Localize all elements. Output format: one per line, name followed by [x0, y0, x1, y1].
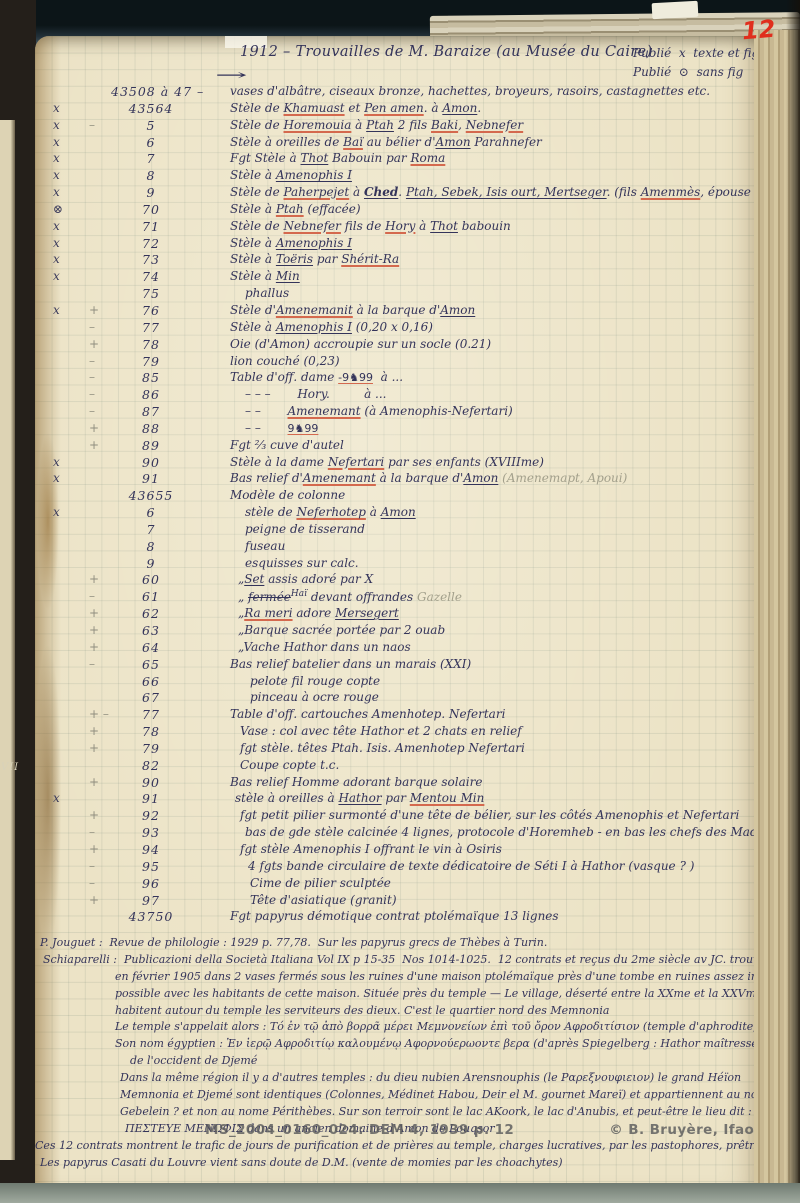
- entry-description: Tête d'asiatique (granit): [230, 893, 397, 907]
- text-segment: Baï: [343, 135, 363, 149]
- text-segment: Bas relief Homme adorant barque solaire: [230, 775, 482, 789]
- ledger-row: –954 fgts bande circulaire de texte dédi…: [35, 859, 759, 876]
- entry-description: fgt stèle Amenophis I offrant le vin à O…: [230, 842, 502, 856]
- text-segment: fgt petit pilier surmonté d'une tête de …: [240, 808, 739, 822]
- ink-check-mark: ⊗: [53, 202, 75, 216]
- inventory-number: 90: [111, 775, 191, 790]
- entry-description: – – – Hory. à ...: [230, 387, 387, 401]
- notebook-page: 1912 – Trouvailles de M. Baraize (au Mus…: [35, 36, 759, 1186]
- legend-line-1: Publié x texte et fig: [633, 44, 759, 63]
- ledger-row: +60„Set assis adoré par X: [35, 572, 759, 589]
- inventory-number: 74: [111, 269, 191, 284]
- text-segment: Le temple s'appelait alors : Τό ἐν τῷ ἀπ…: [115, 1020, 758, 1033]
- inventory-number: 94: [111, 842, 191, 857]
- ink-check-mark: x: [53, 471, 75, 485]
- inventory-number: 62: [111, 606, 191, 621]
- text-segment: Ptah: [276, 202, 304, 216]
- text-segment: Roma: [411, 151, 446, 165]
- text-segment: Fgt papyrus démotique contrat ptolémaïqu…: [230, 909, 559, 923]
- text-segment: (Amenemapt, Apoui): [502, 471, 627, 485]
- text-segment: Horemouia: [284, 118, 352, 132]
- ink-check-mark: x: [53, 118, 75, 132]
- text-segment: Amenophis I: [276, 236, 352, 250]
- inventory-number: 90: [111, 455, 191, 470]
- inventory-number: 5: [111, 118, 191, 133]
- entry-description: Stèle à Amenophis I: [230, 236, 352, 250]
- text-segment: Les papyrus Casati du Louvre vient sans …: [40, 1156, 563, 1169]
- text-segment: Ptah: [366, 118, 394, 132]
- text-segment: Babouin par: [328, 151, 410, 165]
- inventory-number: 82: [111, 758, 191, 773]
- text-segment: Modèle de colonne: [230, 488, 345, 502]
- text-segment: Hathor: [338, 791, 381, 805]
- ledger-row: x–5Stèle de Horemouia à Ptah 2 fils Baki…: [35, 118, 759, 135]
- ink-check-mark: x: [53, 252, 75, 266]
- text-segment: , épouse: [700, 185, 754, 199]
- entry-description: Table d'off. cartouches Amenhotep. Nefer…: [230, 707, 505, 721]
- text-segment: fuseau: [245, 539, 285, 553]
- ledger-row: 82Coupe copte t.c.: [35, 758, 759, 775]
- entry-description: fuseau: [230, 539, 285, 553]
- text-segment: possible avec les habitants de cette mai…: [115, 987, 800, 1000]
- ledger-row: +92fgt petit pilier surmonté d'une tête …: [35, 808, 759, 825]
- inventory-number: 86: [111, 387, 191, 402]
- text-segment: Stèle à: [230, 269, 276, 283]
- text-segment: babouin: [458, 219, 511, 233]
- ledger-row: x6Stèle à oreilles de Baï au bélier d'Am…: [35, 135, 759, 152]
- entry-description: Stèle de Nebnefer fils de Hory à Thot ba…: [230, 219, 511, 233]
- entry-description: esquisses sur calc.: [230, 556, 359, 570]
- ledger-row: +78Vase : col avec tête Hathor et 2 chat…: [35, 724, 759, 741]
- text-segment: vases d'albâtre, ciseaux bronze, hachett…: [230, 84, 710, 98]
- text-segment: Nebnefer: [284, 219, 341, 233]
- entry-description: Fgt Stèle à Thot Babouin par Roma: [230, 151, 445, 165]
- text-segment: Coupe copte t.c.: [240, 758, 339, 772]
- text-segment: Khamuast: [284, 101, 345, 115]
- ledger-row: +88– – 9♞99: [35, 421, 759, 438]
- inventory-number: 85: [111, 370, 191, 385]
- arrow-icon: →: [215, 66, 248, 84]
- text-segment: Amenophis I: [276, 320, 352, 334]
- paper-tab: [652, 1, 699, 19]
- entry-description: Stèle de Paherpejet à Ched. Ptah, Sebek,…: [230, 185, 800, 199]
- note-line: en février 1905 dans 2 vases fermés sous…: [35, 970, 759, 987]
- watermark-id: MS_2004_0160_024: DEM 4, 1939 p. 12: [205, 1122, 514, 1138]
- text-segment: Amenemant: [288, 404, 361, 418]
- scan-background-bottom: [0, 1183, 800, 1203]
- inventory-number: 77: [111, 320, 191, 335]
- ink-check-mark: x: [53, 269, 75, 283]
- ledger-row: x6stèle de Neferhotep à Amon: [35, 505, 759, 522]
- text-segment: Oie (d'Amon) accroupie sur un socle (0.2…: [230, 337, 491, 351]
- ledger-row: 43655Modèle de colonne: [35, 488, 759, 505]
- entry-description: stèle de Neferhotep à Amon: [230, 505, 416, 519]
- ink-check-mark: x: [53, 303, 75, 317]
- ledger-row: –96Cime de pilier sculptée: [35, 876, 759, 893]
- ledger-row: + –77Table d'off. cartouches Amenhotep. …: [35, 707, 759, 724]
- text-segment: Stèle de: [230, 101, 284, 115]
- inventory-number: 93: [111, 825, 191, 840]
- text-segment: Hory: [385, 219, 415, 233]
- ink-check-mark: x: [53, 236, 75, 250]
- text-segment: Memnonia et Djemé sont identiques (Colon…: [120, 1088, 800, 1101]
- ledger-row: 75phallus: [35, 286, 759, 303]
- ledger-row: x9Stèle de Paherpejet à Ched. Ptah, Sebe…: [35, 185, 759, 202]
- entry-description: – – 9♞99: [230, 421, 318, 435]
- ledger-row: +79fgt stèle. têtes Ptah. Isis. Amenhote…: [35, 741, 759, 758]
- ledger-row: +94fgt stèle Amenophis I offrant le vin …: [35, 842, 759, 859]
- entry-description: Stèle à Amenophis I: [230, 168, 352, 182]
- entry-description: lion couché (0,23): [230, 354, 340, 368]
- ledger-row: x73Stèle à Toëris par Shérit-Ra: [35, 252, 759, 269]
- text-segment: Stèle d': [230, 303, 276, 317]
- text-segment: Cime de pilier sculptée: [250, 876, 391, 890]
- page-number: 12: [741, 15, 777, 46]
- text-segment: fgt stèle. têtes Ptah. Isis. Amenhotep N…: [240, 741, 525, 755]
- ledger-row: 43750Fgt papyrus démotique contrat ptolé…: [35, 909, 759, 926]
- inventory-number: 9: [111, 556, 191, 571]
- entry-description: Stèle d'Amenemanit à la barque d'Amon: [230, 303, 475, 317]
- text-segment: – –: [245, 421, 288, 435]
- text-segment: Table d'off. dame: [230, 370, 338, 384]
- inventory-number: 91: [111, 791, 191, 806]
- ledger-row: +89Fgt ⅔ cuve d'autel: [35, 438, 759, 455]
- inventory-number: 8: [111, 168, 191, 183]
- inventory-number: 97: [111, 893, 191, 908]
- inventory-number: 71: [111, 219, 191, 234]
- ledger-row: 67pinceau à ocre rouge: [35, 690, 759, 707]
- inventory-number: 63: [111, 623, 191, 638]
- text-segment: de l'occident de Djemé: [130, 1054, 257, 1067]
- text-segment: Mersegert: [335, 606, 399, 620]
- text-segment: . (fils: [607, 185, 641, 199]
- text-segment: assis adoré par X: [264, 572, 373, 586]
- text-segment: à ...: [373, 370, 403, 384]
- entry-description: Stèle de Horemouia à Ptah 2 fils Baki, N…: [230, 118, 523, 132]
- text-segment: „Vache Hathor dans un naos: [238, 640, 411, 654]
- entry-description: Stèle à Toëris par Shérit-Ra: [230, 252, 399, 266]
- ledger-row: –87– – Amenemant (à Amenophis-Nefertari): [35, 404, 759, 421]
- text-segment: adore: [293, 606, 336, 620]
- entry-description: vases d'albâtre, ciseaux bronze, hachett…: [230, 84, 710, 98]
- entry-description: Stèle à la dame Nefertari par ses enfant…: [230, 455, 544, 469]
- inventory-number: 60: [111, 572, 191, 587]
- inventory-number: 43508 à 47 –: [111, 84, 191, 99]
- ledger-row: x+76Stèle d'Amenemanit à la barque d'Amo…: [35, 303, 759, 320]
- text-segment: Stèle de: [230, 118, 284, 132]
- text-segment: Stèle à: [230, 236, 276, 250]
- inventory-number: 6: [111, 135, 191, 150]
- ledger-row: x90Stèle à la dame Nefertari par ses enf…: [35, 455, 759, 472]
- text-segment: (effacée): [304, 202, 361, 216]
- note-line: P. Jouguet : Revue de philologie : 1929 …: [35, 936, 759, 953]
- text-segment: Nefertari: [328, 455, 384, 469]
- text-segment: Ched: [364, 185, 398, 199]
- inventory-number: 67: [111, 690, 191, 705]
- text-segment: Thot: [430, 219, 458, 233]
- text-segment: fils de: [341, 219, 385, 233]
- text-segment: Stèle à: [230, 252, 276, 266]
- text-segment: phallus: [245, 286, 289, 300]
- note-line: possible avec les habitants de cette mai…: [35, 987, 759, 1004]
- text-segment: Amon: [381, 505, 416, 519]
- ledger-row: x91Bas relief d'Amenemant à la barque d'…: [35, 471, 759, 488]
- inventory-number: 87: [111, 404, 191, 419]
- text-segment: pinceau à ocre rouge: [250, 690, 379, 704]
- text-segment: Nebnefer: [466, 118, 523, 132]
- inventory-number: 96: [111, 876, 191, 891]
- entry-description: Fgt ⅔ cuve d'autel: [230, 438, 344, 452]
- entry-description: pinceau à ocre rouge: [230, 690, 379, 704]
- entry-description: Bas relief Homme adorant barque solaire: [230, 775, 482, 789]
- text-segment: Amenemant: [303, 471, 376, 485]
- note-line: habitent autour du temple les serviteurs…: [35, 1004, 759, 1021]
- text-segment: Gazelle: [417, 590, 462, 604]
- entry-description: Cime de pilier sculptée: [230, 876, 391, 890]
- text-segment: „Barque sacrée portée par 2 ouab: [238, 623, 445, 637]
- entry-description: Modèle de colonne: [230, 488, 345, 502]
- inventory-number: 61: [111, 589, 191, 604]
- ink-check-mark: x: [53, 101, 75, 115]
- text-segment: stèle à oreilles à: [235, 791, 338, 805]
- text-segment: Baki: [431, 118, 458, 132]
- text-segment: Shérit-Ra: [341, 252, 399, 266]
- inventory-number: 6: [111, 505, 191, 520]
- ledger-row: x71Stèle de Nebnefer fils de Hory à Thot…: [35, 219, 759, 236]
- ledger-row: 8fuseau: [35, 539, 759, 556]
- text-segment: habitent autour du temple les serviteurs…: [115, 1004, 609, 1017]
- ledger-row: +97Tête d'asiatique (granit): [35, 893, 759, 910]
- text-segment: Fgt Stèle à: [230, 151, 301, 165]
- entry-description: – – Amenemant (à Amenophis-Nefertari): [230, 404, 513, 418]
- ink-check-mark: x: [53, 219, 75, 233]
- text-segment: à la barque d': [376, 471, 463, 485]
- entry-description: „Set assis adoré par X: [230, 572, 373, 586]
- ledger-row: +64„Vache Hathor dans un naos: [35, 640, 759, 657]
- text-segment: Schiaparelli : Publicazioni della Societ…: [43, 953, 800, 966]
- text-segment: Min: [276, 269, 300, 283]
- ink-check-mark: x: [53, 151, 75, 165]
- entry-description: bas de gde stèle calcinée 4 lignes, prot…: [230, 825, 787, 839]
- text-segment: Table d'off. cartouches Amenhotep. Nefer…: [230, 707, 505, 721]
- ledger-row: x91stèle à oreilles à Hathor par Mentou …: [35, 791, 759, 808]
- page-title: 1912 – Trouvailles de M. Baraize (au Mus…: [240, 44, 652, 60]
- entry-description: Oie (d'Amon) accroupie sur un socle (0.2…: [230, 337, 491, 351]
- entry-description: Bas relief d'Amenemant à la barque d'Amo…: [230, 471, 627, 485]
- text-segment: Amon: [436, 135, 471, 149]
- text-segment: Gebelein ? et non au nome Périthèbes. Su…: [120, 1105, 752, 1118]
- ledger-row: +78Oie (d'Amon) accroupie sur un socle (…: [35, 337, 759, 354]
- ledger-row: ⊗70Stèle à Ptah (effacée): [35, 202, 759, 219]
- adjacent-page-sliver: [0, 120, 15, 1160]
- note-line: Memnonia et Djemé sont identiques (Colon…: [35, 1088, 759, 1105]
- note-line: Gebelein ? et non au nome Périthèbes. Su…: [35, 1105, 759, 1122]
- inventory-number: 73: [111, 252, 191, 267]
- ledger-row: –65Bas relief batelier dans un marais (X…: [35, 657, 759, 674]
- text-segment: Mentou Min: [410, 791, 485, 805]
- text-segment: „: [238, 590, 248, 604]
- text-segment: Stèle à oreilles de: [230, 135, 343, 149]
- ledger-row: +62„Ra meri adore Mersegert: [35, 606, 759, 623]
- text-segment: 4 fgts bande circulaire de texte dédicat…: [248, 859, 694, 873]
- text-segment: à: [349, 185, 364, 199]
- ledger-row: x8Stèle à Amenophis I: [35, 168, 759, 185]
- entry-description: phallus: [230, 286, 289, 300]
- text-segment: Amenophis I: [276, 168, 352, 182]
- text-segment: Set: [244, 572, 264, 586]
- inventory-number: 78: [111, 724, 191, 739]
- text-segment: .: [477, 101, 481, 115]
- ink-check-mark: x: [53, 791, 75, 805]
- text-segment: Dans la même région il y a d'autres temp…: [120, 1071, 741, 1084]
- ledger-row: 9esquisses sur calc.: [35, 556, 759, 573]
- entry-description: Fgt papyrus démotique contrat ptolémaïqu…: [230, 909, 559, 923]
- hieroglyphs: 9♞99: [288, 422, 319, 435]
- archive-watermark: MS_2004_0160_024: DEM 4, 1939 p. 12 © B.…: [205, 1122, 754, 1138]
- text-segment: par ses enfants (XVIIIme): [384, 455, 544, 469]
- text-segment: P. Jouguet : Revue de philologie : 1929 …: [40, 936, 547, 949]
- text-segment: par: [313, 252, 341, 266]
- entry-description: „ ferméeHaï devant offrandes Gazelle: [230, 589, 462, 604]
- ledger-row: +90Bas relief Homme adorant barque solai…: [35, 775, 759, 792]
- text-segment: à: [351, 118, 366, 132]
- text-segment: esquisses sur calc.: [245, 556, 359, 570]
- text-segment: Amon: [463, 471, 498, 485]
- entry-description: Stèle à Ptah (effacée): [230, 202, 361, 216]
- margin-label: VII: [1, 762, 19, 773]
- inventory-number: 43564: [111, 101, 191, 116]
- entry-description: stèle à oreilles à Hathor par Mentou Min: [230, 791, 484, 805]
- text-segment: Bas relief batelier dans un marais (XXI): [230, 657, 471, 671]
- inventory-number: 9: [111, 185, 191, 200]
- text-segment: (0,20 x 0,16): [352, 320, 433, 334]
- note-line: de l'occident de Djemé: [35, 1054, 759, 1071]
- scanned-notebook-page: 1912 – Trouvailles de M. Baraize (au Mus…: [0, 0, 800, 1203]
- inventory-number: 79: [111, 741, 191, 756]
- entry-description: Stèle à oreilles de Baï au bélier d'Amon…: [230, 135, 542, 149]
- text-segment: Parahnefer: [471, 135, 542, 149]
- text-segment: Tête d'asiatique (granit): [250, 893, 397, 907]
- text-segment: Stèle de: [230, 219, 284, 233]
- text-segment: au bélier d': [363, 135, 436, 149]
- text-segment: à: [415, 219, 430, 233]
- text-segment: Haï: [291, 589, 307, 599]
- text-segment: lion couché (0,23): [230, 354, 340, 368]
- note-line: Dans la même région il y a d'autres temp…: [35, 1071, 759, 1088]
- inventory-number: 78: [111, 337, 191, 352]
- entry-description: „Ra meri adore Mersegert: [230, 606, 399, 620]
- text-segment: en février 1905 dans 2 vases fermés sous…: [115, 970, 800, 983]
- ledger-row: x72Stèle à Amenophis I: [35, 236, 759, 253]
- ledger-row: 7peigne de tisserand: [35, 522, 759, 539]
- entry-description: Bas relief batelier dans un marais (XXI): [230, 657, 471, 671]
- inventory-number: 77: [111, 707, 191, 722]
- text-segment: par: [382, 791, 410, 805]
- text-segment: Neferhotep: [296, 505, 365, 519]
- entry-description: „Barque sacrée portée par 2 ouab: [230, 623, 445, 637]
- note-line: Son nom égyptien : Ἐν ἱερῷ Αφροδιτίῳ καλ…: [35, 1037, 759, 1054]
- text-segment: Amon: [442, 101, 477, 115]
- entry-description: peigne de tisserand: [230, 522, 365, 536]
- text-segment: Ptah, Sebek, Isis ourt, Mertseger: [406, 185, 607, 199]
- text-segment: Ces 12 contrats montrent le trafic de jo…: [35, 1139, 767, 1152]
- ledger-row: –86– – – Hory. à ...: [35, 387, 759, 404]
- inventory-number: 92: [111, 808, 191, 823]
- text-segment: Stèle de: [230, 185, 284, 199]
- note-line: Les papyrus Casati du Louvre vient sans …: [35, 1156, 759, 1173]
- note-line: Ces 12 contrats montrent le trafic de jo…: [35, 1139, 759, 1156]
- ledger-row: –61„ ferméeHaï devant offrandes Gazelle: [35, 589, 759, 606]
- text-segment: Fgt ⅔ cuve d'autel: [230, 438, 344, 452]
- inventory-number: 7: [111, 522, 191, 537]
- ledger-rows: 43508 à 47 –vases d'albâtre, ciseaux bro…: [35, 84, 759, 926]
- ledger-row: –77Stèle à Amenophis I (0,20 x 0,16): [35, 320, 759, 337]
- entry-description: 4 fgts bande circulaire de texte dédicat…: [230, 859, 694, 873]
- ledger-row: –79lion couché (0,23): [35, 354, 759, 371]
- inventory-number: 8: [111, 539, 191, 554]
- ledger-row: x74Stèle à Min: [35, 269, 759, 286]
- entry-description: Stèle à Amenophis I (0,20 x 0,16): [230, 320, 433, 334]
- legend-line-2: Publié ⊙ sans fig: [633, 63, 759, 82]
- inventory-number: 43750: [111, 909, 191, 924]
- inventory-number: 89: [111, 438, 191, 453]
- inventory-number: 72: [111, 236, 191, 251]
- text-segment: Vase : col avec tête Hathor et 2 chats e…: [240, 724, 522, 738]
- text-segment: à: [366, 505, 381, 519]
- text-segment: pelote fil rouge copte: [250, 674, 380, 688]
- watermark-credit: © B. Bruyère, Ifao: [609, 1122, 754, 1138]
- text-segment: Amenemanit: [276, 303, 353, 317]
- text-segment: .: [398, 185, 406, 199]
- text-segment: fgt stèle Amenophis I offrant le vin à O…: [240, 842, 502, 856]
- text-segment: . à: [424, 101, 443, 115]
- text-segment: Stèle à la dame: [230, 455, 328, 469]
- ink-check-mark: x: [53, 168, 75, 182]
- text-segment: à la barque d': [353, 303, 440, 317]
- ink-check-mark: x: [53, 185, 75, 199]
- text-segment: stèle de: [245, 505, 296, 519]
- text-segment: – – – Hory. à ...: [245, 387, 387, 401]
- text-segment: fermée: [248, 590, 291, 604]
- publication-legend: Publié x texte et fig Publié ⊙ sans fig: [633, 44, 759, 82]
- inventory-number: 65: [111, 657, 191, 672]
- entry-description: Table d'off. dame -9♞99 à ...: [230, 370, 403, 384]
- text-segment: 2 fils: [394, 118, 431, 132]
- entry-description: Vase : col avec tête Hathor et 2 chats e…: [230, 724, 522, 738]
- ledger-row: –85Table d'off. dame -9♞99 à ...: [35, 370, 759, 387]
- inventory-number: 76: [111, 303, 191, 318]
- text-segment: (à Amenophis-Nefertari): [361, 404, 513, 418]
- text-segment: Amenmès: [641, 185, 701, 199]
- text-segment: Stèle à: [230, 168, 276, 182]
- entry-description: Stèle à Min: [230, 269, 300, 283]
- inventory-number: 75: [111, 286, 191, 301]
- text-segment: peigne de tisserand: [245, 522, 365, 536]
- inventory-number: 66: [111, 674, 191, 689]
- ledger-row: –93bas de gde stèle calcinée 4 lignes, p…: [35, 825, 759, 842]
- ledger-row: 43508 à 47 –vases d'albâtre, ciseaux bro…: [35, 84, 759, 101]
- inventory-number: 95: [111, 859, 191, 874]
- ledger-row: +63„Barque sacrée portée par 2 ouab: [35, 623, 759, 640]
- inventory-number: 91: [111, 471, 191, 486]
- inventory-number: 79: [111, 354, 191, 369]
- inventory-number: 43655: [111, 488, 191, 503]
- ink-check-mark: x: [53, 505, 75, 519]
- text-segment: – –: [245, 404, 288, 418]
- text-segment: et: [345, 101, 365, 115]
- ledger-row: x43564Stèle de Khamuast et Pen amen. à A…: [35, 101, 759, 118]
- entry-description: pelote fil rouge copte: [230, 674, 380, 688]
